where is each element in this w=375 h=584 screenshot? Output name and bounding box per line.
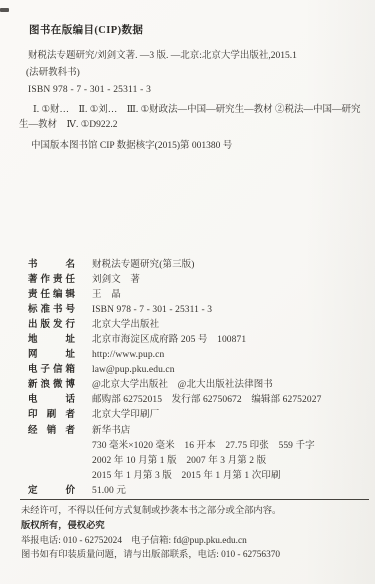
colophon-row: 经销者 新华书店	[28, 424, 370, 439]
colophon-row-label	[28, 454, 75, 469]
colophon-row: 电子信箱 law@pup.pku.edu.cn	[28, 363, 370, 378]
colophon-row: 责任编辑 王 晶	[28, 288, 370, 303]
colophon-row-value: ISBN 978 - 7 - 301 - 25311 - 3	[92, 303, 212, 318]
colophon-row-value: 730 毫米×1020 毫米 16 开本 27.75 印张 559 千字	[92, 439, 315, 454]
colophon-row: 定价 51.00 元	[28, 484, 370, 499]
colophon-row: 2002 年 10 月第 1 版 2007 年 3 月第 2 版	[28, 454, 370, 469]
cip-title-line: 财税法专题研究/刘剑文著. —3 版. —北京:北京大学出版社,2015.1	[28, 51, 297, 62]
colophon-row-value: 王 晶	[92, 288, 121, 303]
colophon-row-value: @北京大学出版社 @北大出版社法律图书	[92, 378, 273, 393]
notice-no-copy-line: 未经许可，不得以任何方式复制或抄袭本书之部分或全部内容。	[21, 504, 366, 519]
colophon-row-label: 标准书号	[28, 303, 75, 318]
colophon-row-label: 印刷者	[28, 408, 75, 423]
colophon-row-value: 财税法专题研究(第三版)	[92, 258, 195, 273]
colophon-row: 网址 http://www.pup.cn	[28, 348, 370, 363]
colophon-row-value: 邮购部 62752015 发行部 62750672 编辑部 62752027	[92, 393, 321, 408]
colophon-row-value: 北京大学印刷厂	[92, 408, 159, 423]
colophon-row-value: 2015 年 1 月第 3 版 2015 年 1 月第 1 次印刷	[92, 469, 281, 484]
colophon-row-label: 电子信箱	[28, 363, 75, 378]
notice-report-contact-line: 举报电话: 010 - 62752024 电子信箱: fd@pup.pku.ed…	[21, 534, 366, 549]
notice-rights-reserved-line: 版权所有，侵权必究	[21, 519, 366, 534]
cip-classification-line-1: Ⅰ. ①财… Ⅱ. ①刘… Ⅲ. ①财政法—中国—研究生—教材 ②税法—中国—研…	[33, 105, 361, 116]
colophon-row-label: 经销者	[28, 424, 75, 439]
divider-rule	[20, 499, 369, 500]
colophon-row-label: 定价	[28, 484, 75, 499]
cip-isbn-line: ISBN 978 - 7 - 301 - 25311 - 3	[28, 85, 151, 96]
colophon-row-label: 责任编辑	[28, 288, 75, 303]
cip-classification-line-2: 生—教材 Ⅳ. ①D922.2	[19, 120, 118, 131]
colophon-row-value: law@pup.pku.edu.cn	[92, 363, 175, 378]
colophon-row-value: 北京大学出版社	[92, 318, 159, 333]
colophon-row: 出版发行 北京大学出版社	[28, 318, 370, 333]
colophon-row-label: 新浪微博	[28, 378, 75, 393]
colophon-row-value: 刘剑文 著	[92, 273, 140, 288]
book-copyright-page: 图书在版编目(CIP)数据 财税法专题研究/刘剑文著. —3 版. —北京:北京…	[0, 0, 375, 584]
colophon-row-label: 网址	[28, 348, 75, 363]
colophon-row-value: 51.00 元	[92, 484, 126, 499]
colophon-row: 电话 邮购部 62752015 发行部 62750672 编辑部 6275202…	[28, 393, 370, 408]
notice-quality-contact-line: 图书如有印装质量问题，请与出版部联系，电话: 010 - 62756370	[21, 548, 366, 563]
scan-artifact-mark	[0, 8, 9, 12]
cip-header: 图书在版编目(CIP)数据	[29, 25, 143, 36]
colophon-row-label: 著作责任者	[28, 273, 75, 288]
colophon-row-label: 书名	[28, 258, 75, 273]
colophon-row: 书名 财税法专题研究(第三版)	[28, 258, 370, 273]
colophon-row: 著作责任者 刘剑文 著	[28, 273, 370, 288]
cip-record-number: 中国版本图书馆 CIP 数据核字(2015)第 001380 号	[31, 141, 232, 152]
colophon-row: 2015 年 1 月第 3 版 2015 年 1 月第 1 次印刷	[28, 469, 370, 484]
colophon-row: 730 毫米×1020 毫米 16 开本 27.75 印张 559 千字	[28, 439, 370, 454]
colophon-row-value: 北京市海淀区成府路 205 号 100871	[92, 333, 246, 348]
colophon-row-value: 2002 年 10 月第 1 版 2007 年 3 月第 2 版	[92, 454, 266, 469]
colophon-row: 新浪微博 @北京大学出版社 @北大出版社法律图书	[28, 378, 370, 393]
cip-series-line: (法研教科书)	[26, 68, 80, 79]
colophon-row-value: 新华书店	[92, 424, 130, 439]
colophon-row-label: 地址	[28, 333, 75, 348]
colophon-table: 书名 财税法专题研究(第三版) 著作责任者 刘剑文 著 责任编辑 王 晶 标准书…	[28, 258, 370, 499]
colophon-row: 标准书号 ISBN 978 - 7 - 301 - 25311 - 3	[28, 303, 370, 318]
colophon-row: 印刷者 北京大学印刷厂	[28, 408, 370, 423]
colophon-row-value: http://www.pup.cn	[92, 348, 164, 363]
colophon-row-label: 电话	[28, 393, 75, 408]
copyright-notice: 未经许可，不得以任何方式复制或抄袭本书之部分或全部内容。 版权所有，侵权必究 举…	[21, 504, 366, 563]
colophon-row-label	[28, 439, 75, 454]
colophon-row-label: 出版发行	[28, 318, 75, 333]
colophon-row: 地址 北京市海淀区成府路 205 号 100871	[28, 333, 370, 348]
colophon-row-label	[28, 469, 75, 484]
